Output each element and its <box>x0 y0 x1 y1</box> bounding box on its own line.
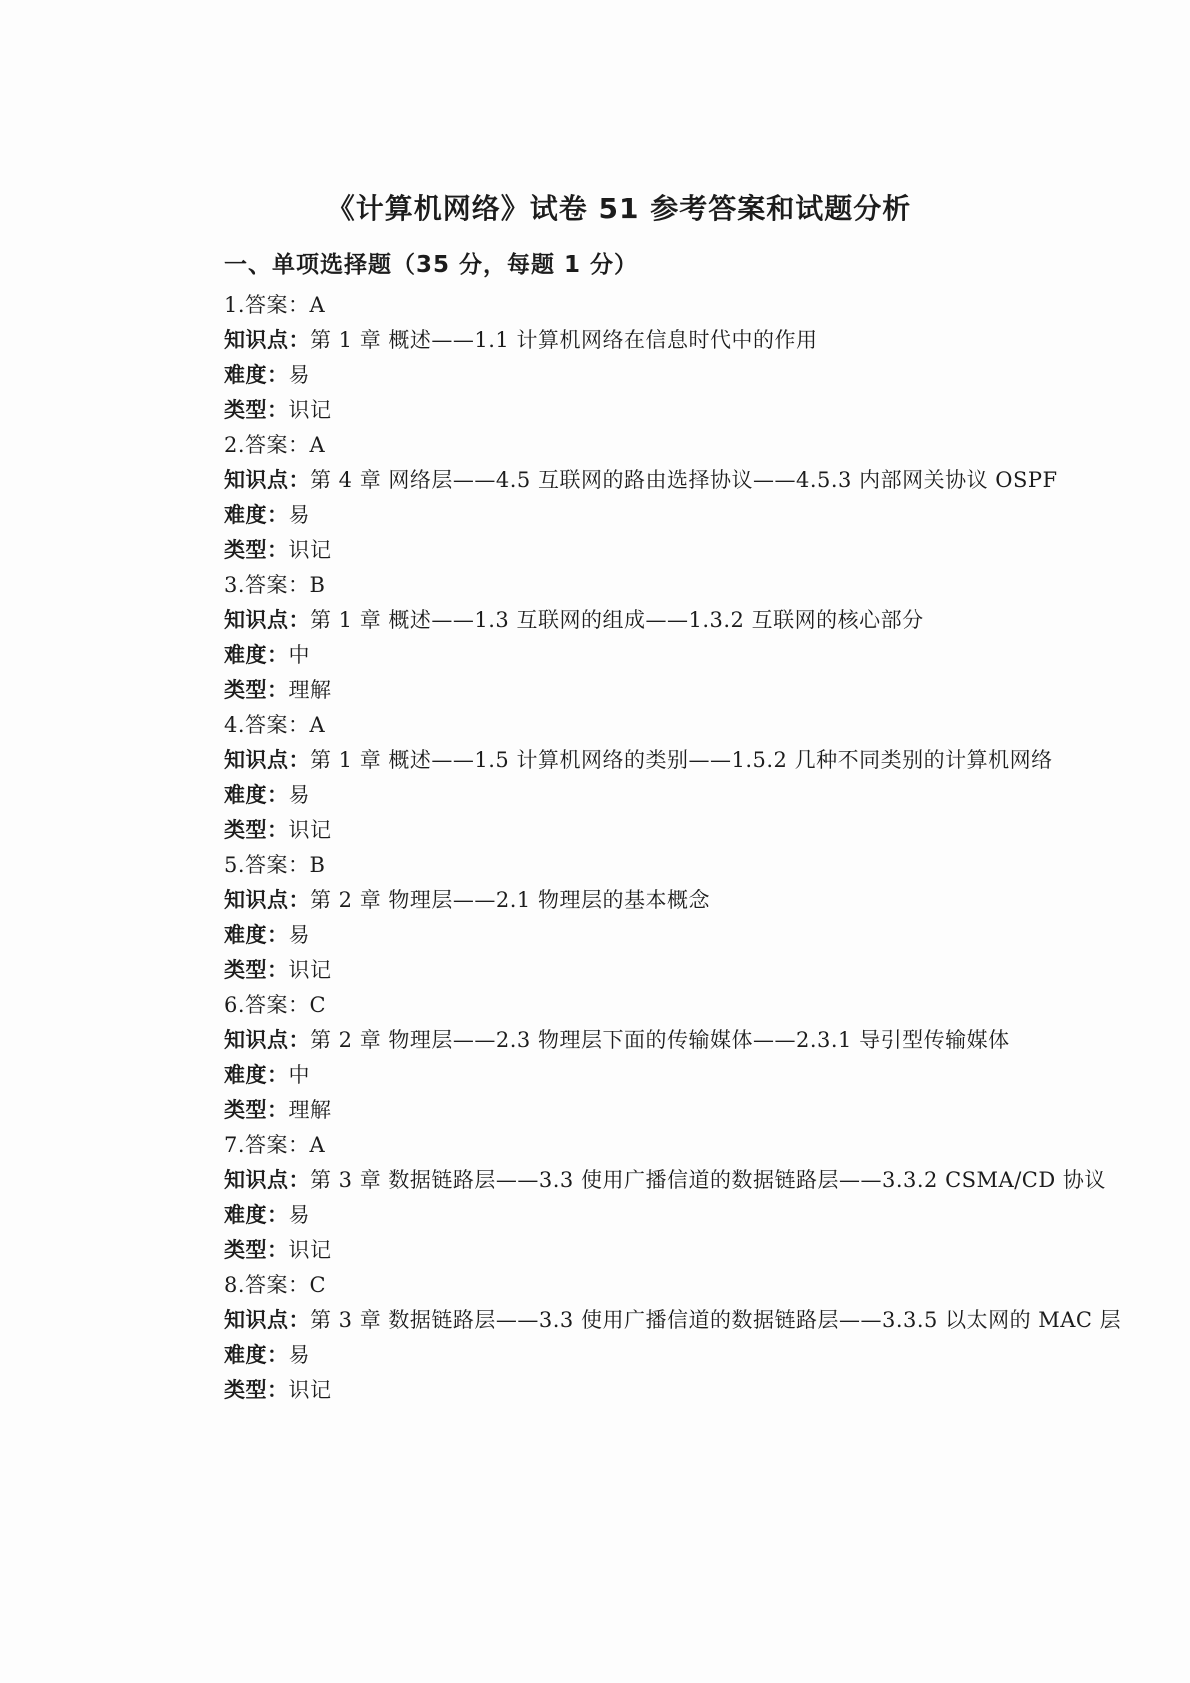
difficulty-label: 难度： <box>224 783 289 807</box>
knowledge-point-value: 第 1 章 概述——1.5 计算机网络的类别——1.5.2 几种不同类别的计算机… <box>310 748 1053 772</box>
type-line: 类型：识记 <box>224 1380 1070 1401</box>
section-heading: 一、单项选择题（35 分，每题 1 分） <box>224 250 1070 280</box>
knowledge-point-value: 第 4 章 网络层——4.5 互联网的路由选择协议——4.5.3 内部网关协议 … <box>310 468 1058 492</box>
knowledge-point-line: 知识点：第 2 章 物理层——2.3 物理层下面的传输媒体——2.3.1 导引型… <box>224 1030 1070 1051</box>
answer-line: 6.答案：C <box>224 995 1070 1016</box>
difficulty-line: 难度：中 <box>224 1065 1070 1086</box>
knowledge-point-line: 知识点：第 4 章 网络层——4.5 互联网的路由选择协议——4.5.3 内部网… <box>224 470 1070 491</box>
answer-line: 7.答案：A <box>224 1135 1070 1156</box>
knowledge-point-label: 知识点： <box>224 888 310 912</box>
question-block-5: 5.答案：B 知识点：第 2 章 物理层——2.1 物理层的基本概念 难度：易 … <box>224 855 1070 981</box>
difficulty-value: 中 <box>289 1063 311 1087</box>
type-line: 类型：识记 <box>224 1240 1070 1261</box>
type-label: 类型： <box>224 678 289 702</box>
type-value: 识记 <box>289 398 332 422</box>
knowledge-point-line: 知识点：第 1 章 概述——1.5 计算机网络的类别——1.5.2 几种不同类别… <box>224 750 1070 771</box>
knowledge-point-label: 知识点： <box>224 1168 310 1192</box>
question-block-7: 7.答案：A 知识点：第 3 章 数据链路层——3.3 使用广播信道的数据链路层… <box>224 1135 1070 1261</box>
document-page: 《计算机网络》试卷 51 参考答案和试题分析 一、单项选择题（35 分，每题 1… <box>0 0 1190 1683</box>
type-line: 类型：识记 <box>224 820 1070 841</box>
type-line: 类型：识记 <box>224 540 1070 561</box>
knowledge-point-line: 知识点：第 1 章 概述——1.3 互联网的组成——1.3.2 互联网的核心部分 <box>224 610 1070 631</box>
type-label: 类型： <box>224 958 289 982</box>
difficulty-line: 难度：易 <box>224 365 1070 386</box>
answer-line: 5.答案：B <box>224 855 1070 876</box>
type-value: 识记 <box>289 818 332 842</box>
difficulty-value: 易 <box>289 503 311 527</box>
type-value: 识记 <box>289 538 332 562</box>
type-line: 类型：理解 <box>224 680 1070 701</box>
answer-line: 3.答案：B <box>224 575 1070 596</box>
question-block-3: 3.答案：B 知识点：第 1 章 概述——1.3 互联网的组成——1.3.2 互… <box>224 575 1070 701</box>
knowledge-point-label: 知识点： <box>224 608 310 632</box>
knowledge-point-value: 第 3 章 数据链路层——3.3 使用广播信道的数据链路层——3.3.2 CSM… <box>310 1168 1106 1192</box>
knowledge-point-value: 第 1 章 概述——1.3 互联网的组成——1.3.2 互联网的核心部分 <box>310 608 924 632</box>
difficulty-value: 中 <box>289 643 311 667</box>
difficulty-value: 易 <box>289 783 311 807</box>
type-label: 类型： <box>224 1238 289 1262</box>
knowledge-point-line: 知识点：第 2 章 物理层——2.1 物理层的基本概念 <box>224 890 1070 911</box>
difficulty-label: 难度： <box>224 363 289 387</box>
difficulty-label: 难度： <box>224 503 289 527</box>
type-label: 类型： <box>224 818 289 842</box>
knowledge-point-line: 知识点：第 1 章 概述——1.1 计算机网络在信息时代中的作用 <box>224 330 1070 351</box>
question-block-2: 2.答案：A 知识点：第 4 章 网络层——4.5 互联网的路由选择协议——4.… <box>224 435 1070 561</box>
document-title: 《计算机网络》试卷 51 参考答案和试题分析 <box>224 192 1014 226</box>
knowledge-point-line: 知识点：第 3 章 数据链路层——3.3 使用广播信道的数据链路层——3.3.5… <box>224 1310 1070 1331</box>
type-line: 类型：识记 <box>224 960 1070 981</box>
knowledge-point-label: 知识点： <box>224 328 310 352</box>
answer-line: 2.答案：A <box>224 435 1070 456</box>
type-label: 类型： <box>224 1378 289 1402</box>
type-value: 识记 <box>289 1378 332 1402</box>
question-block-4: 4.答案：A 知识点：第 1 章 概述——1.5 计算机网络的类别——1.5.2… <box>224 715 1070 841</box>
knowledge-point-value: 第 2 章 物理层——2.3 物理层下面的传输媒体——2.3.1 导引型传输媒体 <box>310 1028 1010 1052</box>
difficulty-line: 难度：易 <box>224 925 1070 946</box>
difficulty-label: 难度： <box>224 643 289 667</box>
type-label: 类型： <box>224 398 289 422</box>
difficulty-line: 难度：易 <box>224 1345 1070 1366</box>
knowledge-point-label: 知识点： <box>224 1308 310 1332</box>
knowledge-point-value: 第 3 章 数据链路层——3.3 使用广播信道的数据链路层——3.3.5 以太网… <box>310 1308 1121 1332</box>
difficulty-label: 难度： <box>224 1343 289 1367</box>
knowledge-point-label: 知识点： <box>224 1028 310 1052</box>
difficulty-label: 难度： <box>224 923 289 947</box>
question-block-8: 8.答案：C 知识点：第 3 章 数据链路层——3.3 使用广播信道的数据链路层… <box>224 1275 1070 1401</box>
knowledge-point-label: 知识点： <box>224 748 310 772</box>
type-label: 类型： <box>224 538 289 562</box>
difficulty-line: 难度：易 <box>224 1205 1070 1226</box>
type-line: 类型：理解 <box>224 1100 1070 1121</box>
difficulty-line: 难度：易 <box>224 505 1070 526</box>
answer-line: 1.答案：A <box>224 295 1070 316</box>
question-block-6: 6.答案：C 知识点：第 2 章 物理层——2.3 物理层下面的传输媒体——2.… <box>224 995 1070 1121</box>
answer-line: 8.答案：C <box>224 1275 1070 1296</box>
type-line: 类型：识记 <box>224 400 1070 421</box>
difficulty-value: 易 <box>289 923 311 947</box>
knowledge-point-value: 第 2 章 物理层——2.1 物理层的基本概念 <box>310 888 710 912</box>
type-value: 理解 <box>289 1098 332 1122</box>
knowledge-point-line: 知识点：第 3 章 数据链路层——3.3 使用广播信道的数据链路层——3.3.2… <box>224 1170 1070 1191</box>
difficulty-line: 难度：易 <box>224 785 1070 806</box>
difficulty-value: 易 <box>289 1203 311 1227</box>
difficulty-label: 难度： <box>224 1203 289 1227</box>
difficulty-label: 难度： <box>224 1063 289 1087</box>
type-value: 识记 <box>289 1238 332 1262</box>
question-block-1: 1.答案：A 知识点：第 1 章 概述——1.1 计算机网络在信息时代中的作用 … <box>224 295 1070 421</box>
difficulty-line: 难度：中 <box>224 645 1070 666</box>
type-value: 理解 <box>289 678 332 702</box>
knowledge-point-value: 第 1 章 概述——1.1 计算机网络在信息时代中的作用 <box>310 328 817 352</box>
answer-line: 4.答案：A <box>224 715 1070 736</box>
type-value: 识记 <box>289 958 332 982</box>
type-label: 类型： <box>224 1098 289 1122</box>
knowledge-point-label: 知识点： <box>224 468 310 492</box>
difficulty-value: 易 <box>289 363 311 387</box>
difficulty-value: 易 <box>289 1343 311 1367</box>
